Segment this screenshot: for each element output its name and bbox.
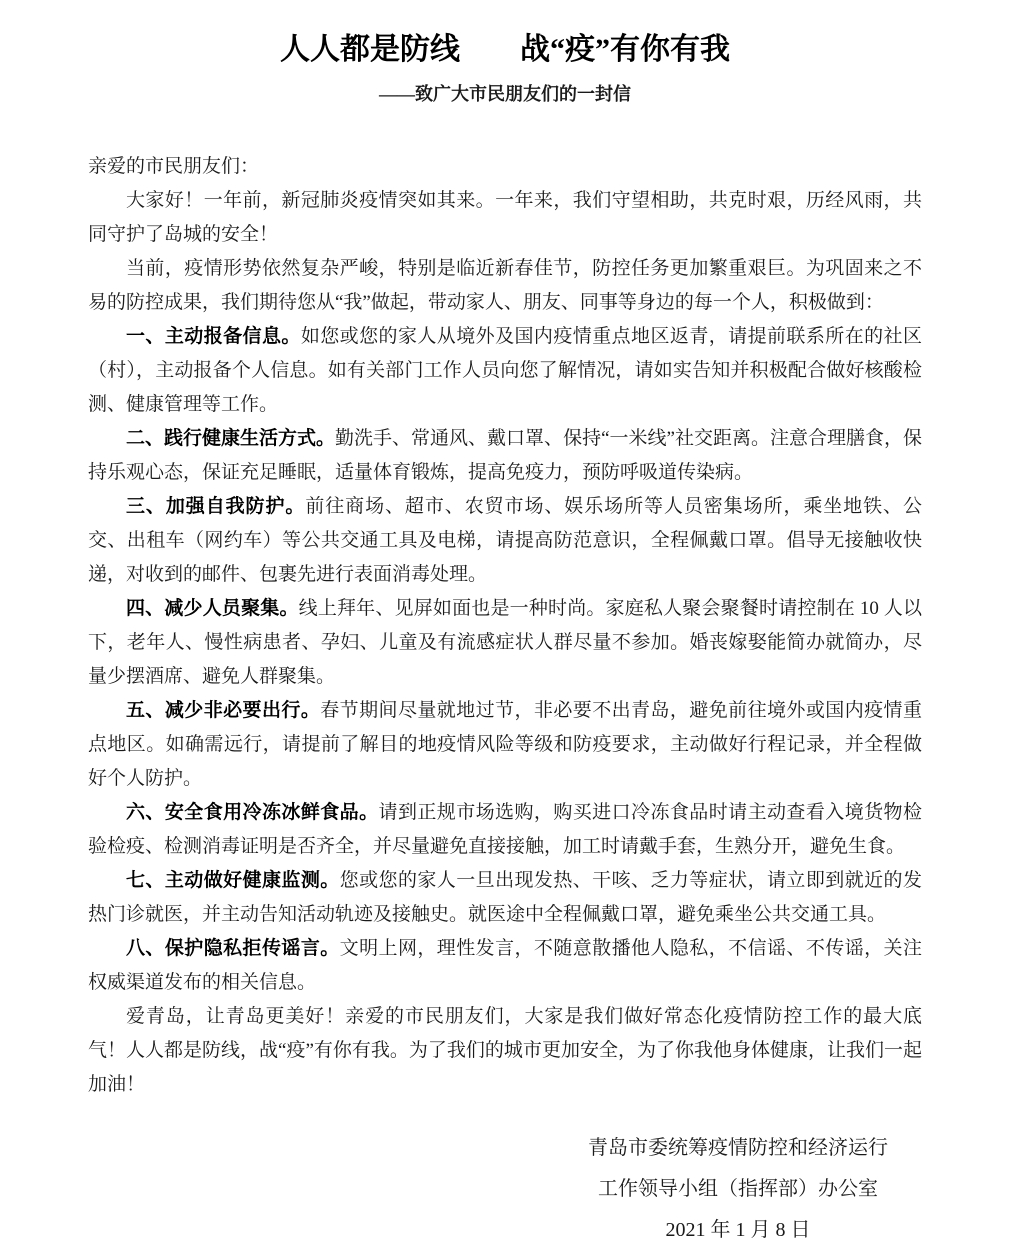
paragraph-section-3: 三、加强自我防护。前往商场、超市、农贸市场、娱乐场所等人员密集场所，乘坐地铁、公… [88,490,922,592]
paragraph-section-2: 二、践行健康生活方式。勤洗手、常通风、戴口罩、保持“一米线”社交距离。注意合理膳… [88,422,922,490]
section-heading: 八、保护隐私拒传谣言。 [126,938,340,959]
page-subtitle: ——致广大市民朋友们的一封信 [88,82,922,106]
paragraph-text: 爱青岛，让青岛更美好！亲爱的市民朋友们，大家是我们做好常态化疫情防控工作的最大底… [88,1006,922,1095]
signature-block: 青岛市委统筹疫情防控和经济运行 工作领导小组（指挥部）办公室 2021 年 1 … [588,1128,888,1246]
section-heading: 四、减少人员聚集。 [126,598,299,619]
paragraph-text: 当前，疫情形势依然复杂严峻，特别是临近新春佳节，防控任务更加繁重艰巨。为巩固来之… [88,258,922,313]
paragraph-closing: 爱青岛，让青岛更美好！亲爱的市民朋友们，大家是我们做好常态化疫情防控工作的最大底… [88,1000,922,1102]
paragraph-text: 亲爱的市民朋友们： [88,156,259,177]
signature-date: 2021 年 1 月 8 日 [588,1210,888,1246]
paragraph-intro-1: 大家好！一年前，新冠肺炎疫情突如其来。一年来，我们守望相助，共克时艰，历经风雨，… [88,184,922,252]
signature-org-line-2: 工作领导小组（指挥部）办公室 [588,1169,888,1210]
paragraph-text: 大家好！一年前，新冠肺炎疫情突如其来。一年来，我们守望相助，共克时艰，历经风雨，… [88,190,922,245]
paragraph-section-5: 五、减少非必要出行。春节期间尽量就地过节，非必要不出青岛，避免前往境外或国内疫情… [88,694,922,796]
paragraph-intro-2: 当前，疫情形势依然复杂严峻，特别是临近新春佳节，防控任务更加繁重艰巨。为巩固来之… [88,252,922,320]
section-heading: 三、加强自我防护。 [126,496,305,517]
paragraph-section-6: 六、安全食用冷冻冰鲜食品。请到正规市场选购，购买进口冷冻食品时请主动查看入境货物… [88,796,922,864]
letter-page: 人人都是防线 战“疫”有你有我 ——致广大市民朋友们的一封信 亲爱的市民朋友们：… [0,0,1009,1246]
salutation: 亲爱的市民朋友们： [88,150,922,184]
signature-org-line-1: 青岛市委统筹疫情防控和经济运行 [588,1128,888,1169]
paragraph-section-4: 四、减少人员聚集。线上拜年、见屏如面也是一种时尚。家庭私人聚会聚餐时请控制在 1… [88,592,922,694]
section-heading: 五、减少非必要出行。 [126,700,320,721]
section-heading: 七、主动做好健康监测。 [126,870,340,891]
section-heading: 六、安全食用冷冻冰鲜食品。 [126,802,379,823]
letter-body: 亲爱的市民朋友们： 大家好！一年前，新冠肺炎疫情突如其来。一年来，我们守望相助，… [88,150,922,1102]
paragraph-section-1: 一、主动报备信息。如您或您的家人从境外及国内疫情重点地区返青，请提前联系所在的社… [88,320,922,422]
paragraph-section-8: 八、保护隐私拒传谣言。文明上网，理性发言，不随意散播他人隐私，不信谣、不传谣，关… [88,932,922,1000]
section-heading: 一、主动报备信息。 [126,326,301,347]
page-title: 人人都是防线 战“疫”有你有我 [88,30,922,70]
section-heading: 二、践行健康生活方式。 [126,428,335,449]
paragraph-section-7: 七、主动做好健康监测。您或您的家人一旦出现发热、干咳、乏力等症状，请立即到就近的… [88,864,922,932]
